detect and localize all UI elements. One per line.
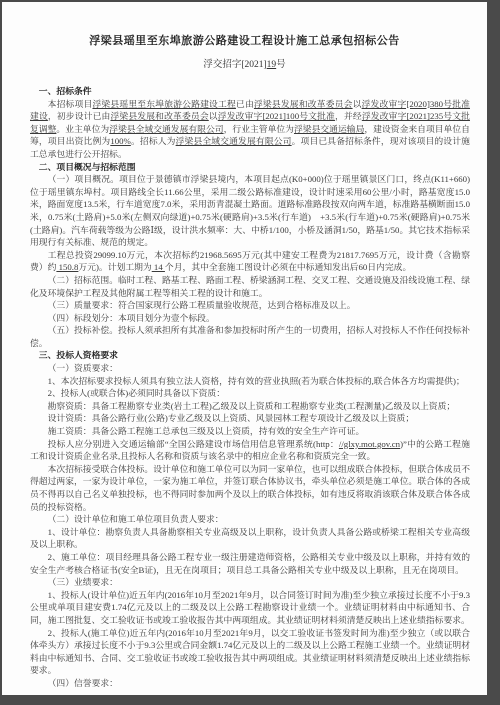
underlined-text: 浮发改审字[2021]100号文批准	[218, 111, 335, 121]
paragraph: （二）招标范围。临时工程、路基工程、路面工程、桥梁涵洞工程、交叉工程、交通设施及…	[30, 274, 470, 299]
paragraph: （一）项目概况。项目位于景德镇市浮梁县境内，本项目起点(K0+000)位于瑶里镇…	[30, 173, 470, 249]
section-heading: 二、项目概况与招标范围	[30, 161, 470, 174]
underlined-text: 100%	[110, 136, 131, 146]
underlined-text: 浮梁县交通运输局	[294, 124, 364, 134]
text-run: （四）标段划分：本项目划分为壹个标段。	[48, 313, 215, 323]
paragraph: 2、投标人(施工单位)近五年内(2016年10月至2021年9月，以交工验收证书…	[30, 627, 470, 677]
text-run: ，初步设计已由	[48, 111, 111, 121]
text-run: 。招标人为	[131, 136, 176, 146]
text-run: （二）设计单位和施工单位项目负责人要求：	[48, 514, 224, 524]
text-run: （二）招标范围。临时工程、路基工程、路面工程、桥梁涵洞工程、交叉工程、交通设施及…	[30, 275, 470, 298]
text-run: 以	[209, 111, 218, 121]
text-run: （一）资质要求：	[48, 363, 118, 373]
paragraph: 1、投标人(设计单位)近五年内(2016年10月至2021年9月，以合同签订时间…	[30, 589, 470, 627]
text-run: 1、本次招标要求投标人须具有独立法人资格，持有效的营业执照(若为联合体投标的,联…	[48, 376, 465, 386]
text-run: ，行业主管单位为	[224, 124, 294, 134]
text-run: 1、投标人(设计单位)近五年内(2016年10月至2021年9月，以合同签订时间…	[30, 590, 470, 625]
text-run: 2、投标人(或联合体)必须同时具备以下资质：	[48, 388, 225, 398]
text-run: 勘察资质：具备工程勘察专业类(岩土工程)乙级及以上资质和工程勘察专业类(工程测量…	[48, 401, 456, 411]
text-run: 以	[353, 99, 362, 109]
text-run: （一）项目概况。项目位于景德镇市浮梁县境内，本项目起点(K0+000)位于瑶里镇…	[30, 174, 470, 247]
text-run: 个月，其中全套施工图设计必须在中标通知发出后60日内完成。	[165, 262, 411, 272]
text-run: 浮交招字[2021]	[203, 60, 266, 70]
text-run: （四）信誉要求：	[48, 678, 118, 688]
text-run: 本招标项目	[48, 99, 93, 109]
paragraph: （四）标段划分：本项目划分为壹个标段。	[30, 312, 470, 325]
underlined-text: 浮梁县全域交通发展有限公司	[176, 136, 292, 146]
paragraph: （三）业绩要求：	[30, 576, 470, 589]
underlined-text: 浮梁县发展和改革委员会	[110, 111, 208, 121]
paragraph: 本招标项目浮梁县瑶里至东埠旅游公路建设工程已由浮梁县发展和改革委员会以浮发改审字…	[30, 98, 470, 161]
underlined-text: 浮梁县瑶里至东埠旅游公路建设工程	[92, 99, 236, 109]
paragraph: （五）投标补偿。投标人须承担所有其准备和参加投标时所产生的一切费用，招标人对投标…	[30, 324, 470, 349]
text-run: 设计资质：具备公路行业(公路)专业乙级及以上资质、风景园林工程专项设计乙级及以上…	[48, 413, 415, 423]
text-run: 。业主单位为	[56, 124, 109, 134]
paragraph: （三）质量要求：符合国家现行公路工程质量验收规范，达到合格标准及以上。	[30, 299, 470, 312]
underlined-text: //glxy.mot.gov.cn	[339, 439, 400, 449]
text-run: 投标人应分别进入交通运输部“全国公路建设市场信用信息管理系统(http：	[48, 439, 339, 449]
paragraph: 勘察资质：具备工程勘察专业类(岩土工程)乙级及以上资质和工程勘察专业类(工程测量…	[30, 400, 470, 413]
text-run: （三）质量要求：符合国家现行公路工程质量验收规范，达到合格标准及以上。	[48, 300, 356, 310]
paragraph: 设计资质：具备公路行业(公路)专业乙级及以上资质、风景园林工程专项设计乙级及以上…	[30, 412, 470, 425]
paragraph: （四）信誉要求：	[30, 677, 470, 690]
underlined-text: 14	[152, 262, 165, 272]
text-run: 施工资质：具备公路工程施工总承包三级及以上资质，持有效的安全生产许可证。	[48, 426, 365, 436]
text-run: （三）业绩要求：	[48, 577, 118, 587]
text-run: 2、施工单位：项目经理具备公路工程专业一级注册建造师资格，公路相关专业中级及以上…	[30, 552, 470, 575]
paragraph: 1、设计单位：勘察负责人具备勘察相关专业高级及以上职称，设计负责人具备公路或桥梁…	[30, 526, 470, 551]
section-heading: 一、招标条件	[30, 85, 470, 98]
paragraph: （二）设计单位和施工单位项目负责人要求：	[30, 513, 470, 526]
text-run: 1、设计单位：勘察负责人具备勘察相关专业高级及以上职称，设计负责人具备公路或桥梁…	[30, 527, 470, 550]
paragraph: 1、本次招标要求投标人须具有独立法人资格，持有效的营业执照(若为联合体投标的,联…	[30, 375, 470, 388]
paragraph: 2、施工单位：项目经理具备公路工程专业一级注册建造师资格，公路相关专业中级及以上…	[30, 551, 470, 576]
underlined-text: 19	[267, 60, 277, 70]
paragraph: 本次招标接受联合体投标。设计单位和施工单位可以为同一家单位，也可以组成联合体投标…	[30, 463, 470, 513]
text-run: 本次招标接受联合体投标。设计单位和施工单位可以为同一家单位，也可以组成联合体投标…	[30, 464, 470, 512]
text-run: 已由	[236, 99, 254, 109]
underlined-text: 150.8	[56, 262, 78, 272]
paragraph: （一）资质要求：	[30, 362, 470, 375]
paragraph: 2、投标人(或联合体)必须同时具备以下资质：	[30, 387, 470, 400]
underlined-text: 浮梁县全域交通发展有限公司	[109, 124, 223, 134]
text-run: 2、投标人(施工单位)近五年内(2016年10月至2021年9月，以交工验收证书…	[30, 628, 470, 676]
text-run: 号	[276, 60, 286, 70]
paragraph: 投标人应分别进入交通运输部“全国公路建设市场信用信息管理系统(http：//gl…	[30, 438, 470, 463]
text-run: （五）投标补偿。投标人须承担所有其准备和参加投标时所产生的一切费用，招标人对投标…	[30, 325, 470, 348]
paragraph: 工程总投资29099.10万元，本次招标约21968.5695万元(其中建安工程…	[30, 249, 470, 274]
text-run: ，并经	[335, 111, 362, 121]
document-page: 浮梁县瑶里至东埠旅游公路建设工程设计施工总承包招标公告 浮交招字[2021]19…	[2, 2, 487, 695]
doc-number: 浮交招字[2021]19号	[2, 56, 487, 70]
page-title: 浮梁县瑶里至东埠旅游公路建设工程设计施工总承包招标公告	[2, 32, 487, 48]
section-heading: 三、投标人资格要求	[30, 349, 470, 362]
doc-body: 一、招标条件本招标项目浮梁县瑶里至东埠旅游公路建设工程已由浮梁县发展和改革委员会…	[30, 85, 470, 690]
underlined-text: 浮梁县发展和改革委员会	[254, 99, 353, 109]
paragraph: 施工资质：具备公路工程施工总承包三级及以上资质，持有效的安全生产许可证。	[30, 425, 470, 438]
text-run: 万元)。计划工期为	[78, 262, 151, 272]
